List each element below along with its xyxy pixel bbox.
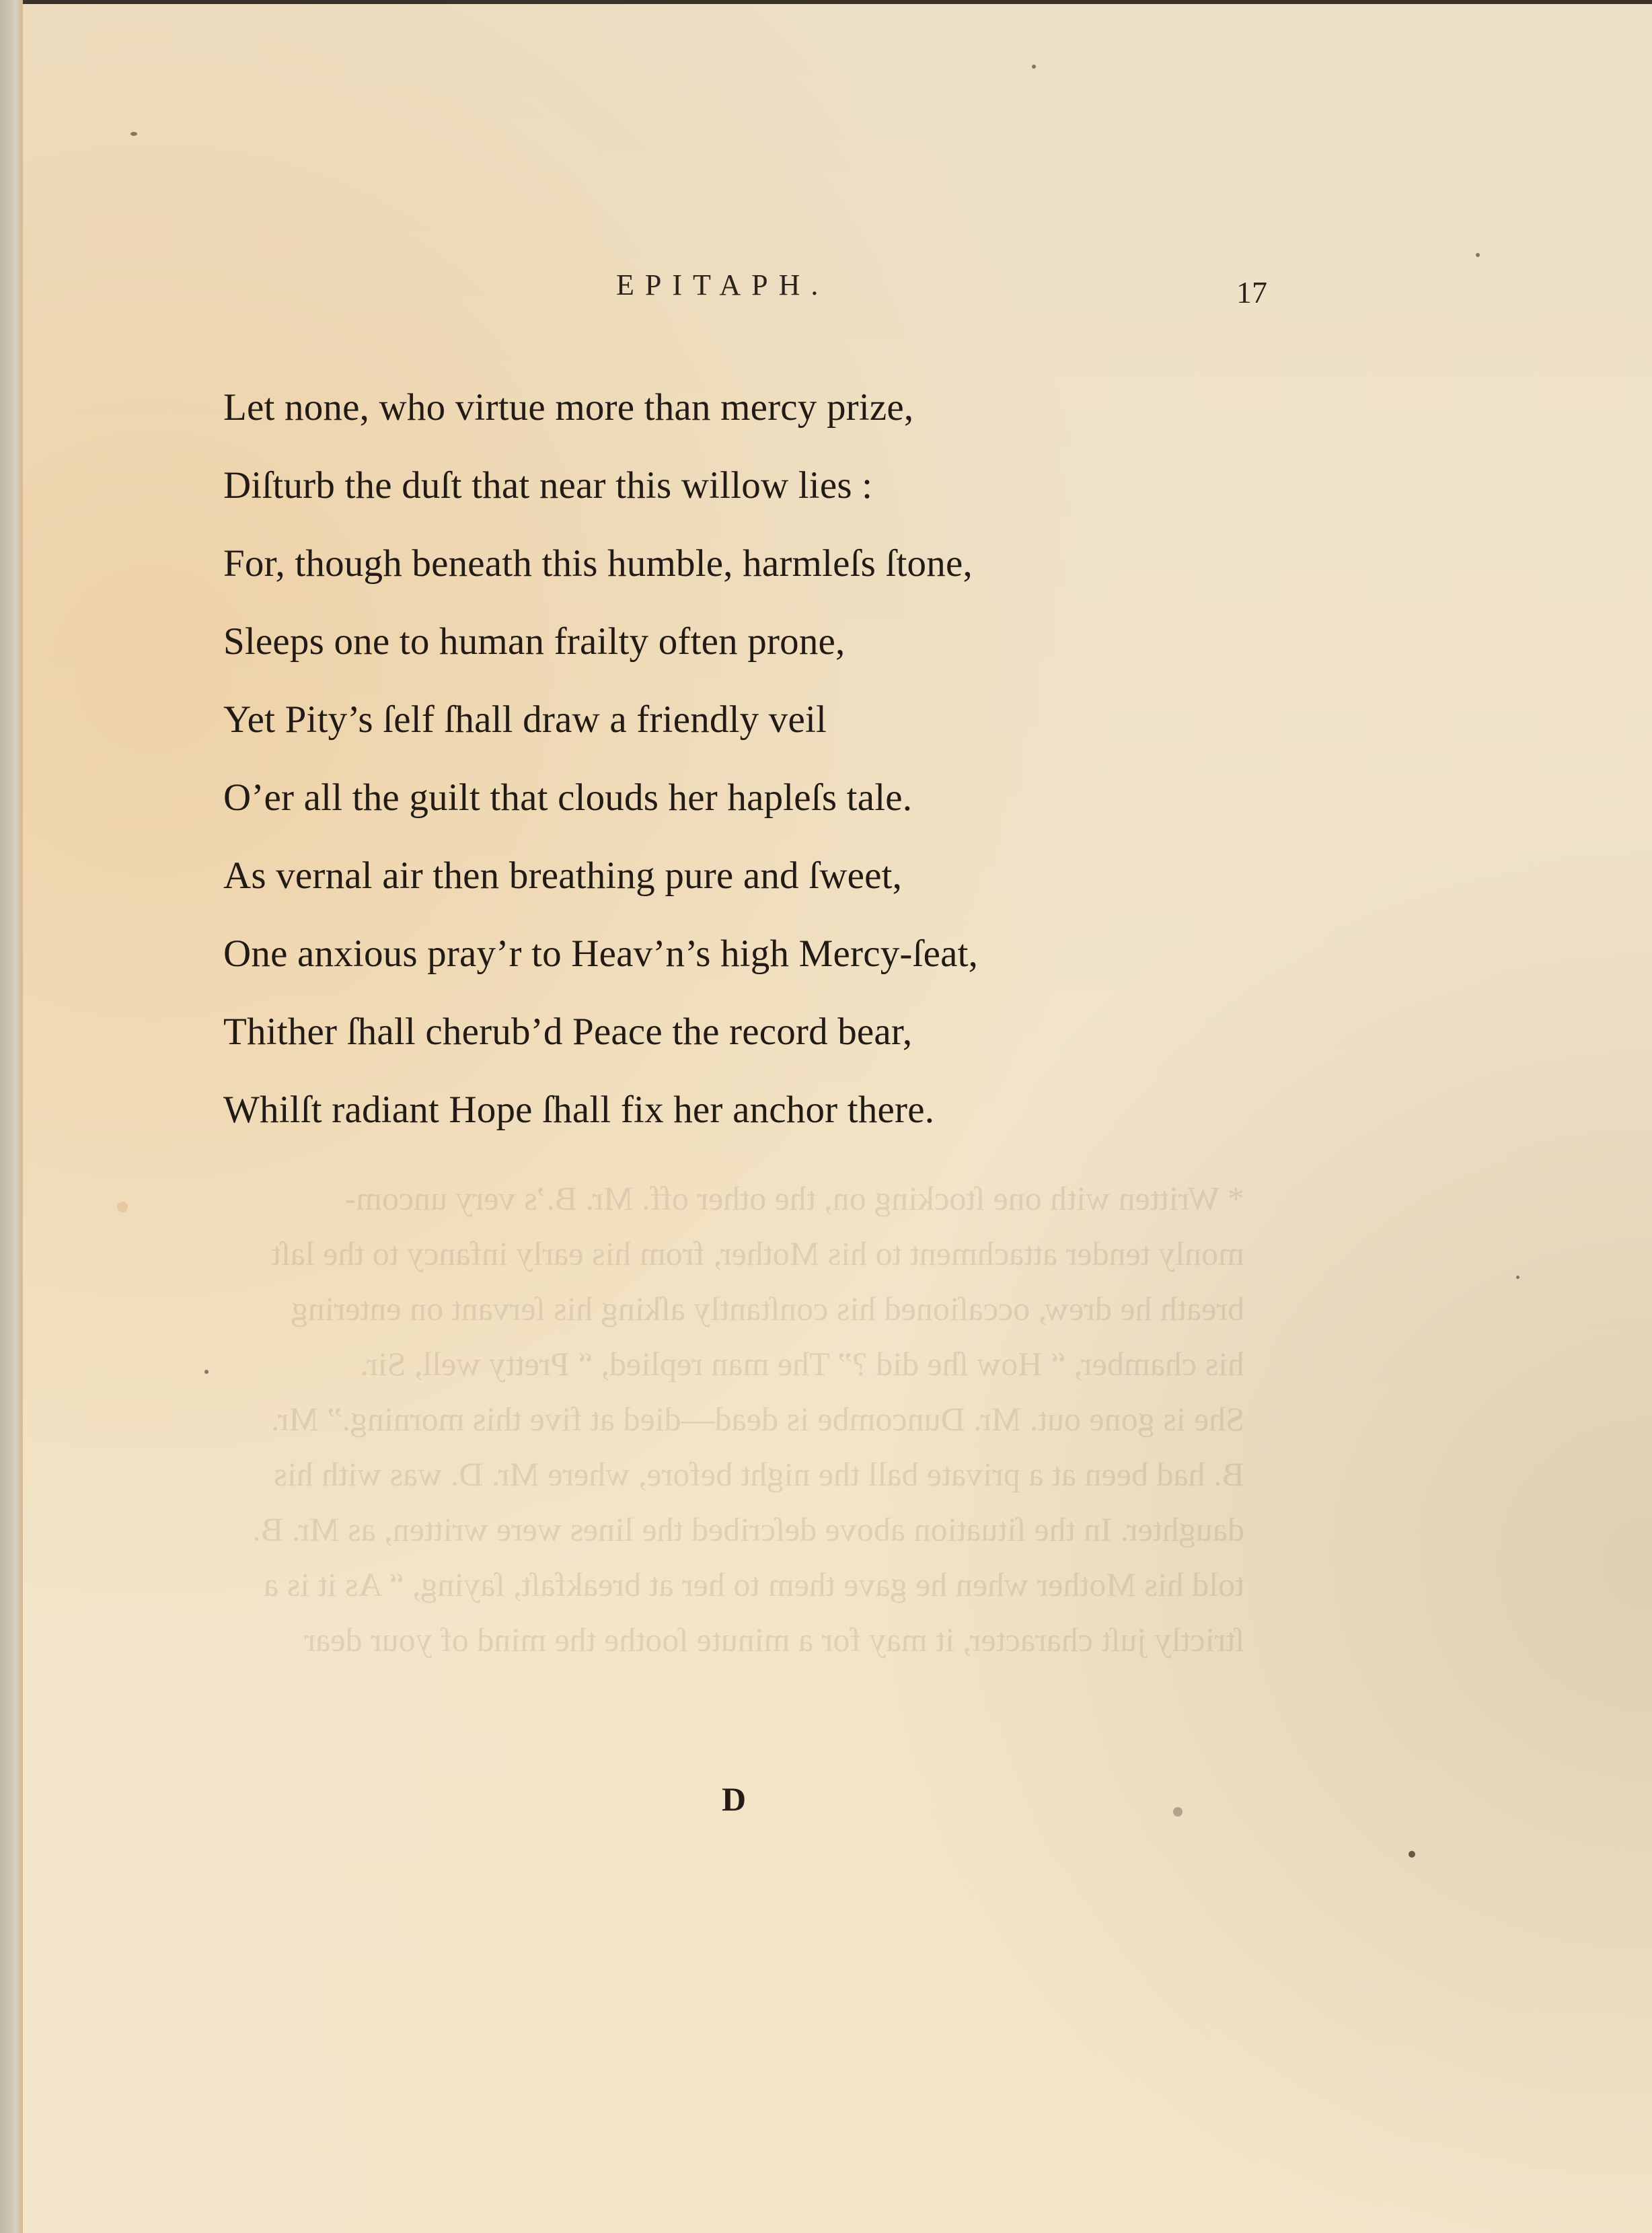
- bleed-through-line: B. had been at a private ball the night …: [202, 1447, 1244, 1502]
- poem-line: One anxious pray’r to Heav’n’s high Merc…: [223, 915, 1367, 993]
- paper-speck: [1032, 65, 1036, 69]
- poem-line: Yet Pity’s ſelf ſhall draw a friendly ve…: [223, 681, 1367, 759]
- poem-line: O’er all the guilt that clouds her haple…: [223, 759, 1367, 837]
- bleed-through-line: monly tender attachment to his Mother, f…: [202, 1226, 1244, 1281]
- bleed-through-line: breath he drew, occaſioned his conſtantl…: [202, 1281, 1244, 1336]
- poem-line: Diſturb the duſt that near this willow l…: [223, 447, 1367, 525]
- paper-speck: [130, 132, 137, 136]
- bleed-through-line: his chamber, “ How ſhe did ?” The man re…: [202, 1336, 1244, 1391]
- epitaph-poem: Let none, who virtue more than mercy pri…: [223, 369, 1367, 1149]
- paper-speck: [1476, 253, 1480, 257]
- running-head-title: EPITAPH.: [616, 268, 829, 302]
- signature-mark: D: [722, 1780, 746, 1819]
- bleed-through-line: * Written with one ſtocking on, the othe…: [202, 1171, 1244, 1226]
- paper-speck: [1409, 1851, 1415, 1858]
- bleed-through-text: * Written with one ſtocking on, the othe…: [202, 1171, 1244, 1667]
- bleed-through-line: ſtrictly juſt character, it may for a mi…: [202, 1612, 1244, 1667]
- book-gutter-edge: [0, 0, 23, 2233]
- bleed-through-line: told his Mother when he gave them to her…: [202, 1557, 1244, 1612]
- paper-speck: [1516, 1276, 1519, 1279]
- page-number: 17: [1236, 274, 1267, 310]
- poem-line: Whilſt radiant Hope ſhall fix her anchor…: [223, 1071, 1367, 1149]
- poem-line: For, though beneath this humble, harmleſ…: [223, 525, 1367, 603]
- paper-speck: [117, 1202, 128, 1212]
- poem-line: Let none, who virtue more than mercy pri…: [223, 369, 1367, 447]
- bleed-through-line: daughter. In the ſituation above deſcrib…: [202, 1502, 1244, 1557]
- poem-line: Thither ſhall cherub’d Peace the record …: [223, 993, 1367, 1071]
- bleed-through-line: She is gone out. Mr. Duncombe is dead—di…: [202, 1391, 1244, 1447]
- poem-line: Sleeps one to human frailty often prone,: [223, 603, 1367, 681]
- poem-line: As vernal air then breathing pure and ſw…: [223, 837, 1367, 915]
- paper-speck: [1173, 1807, 1182, 1817]
